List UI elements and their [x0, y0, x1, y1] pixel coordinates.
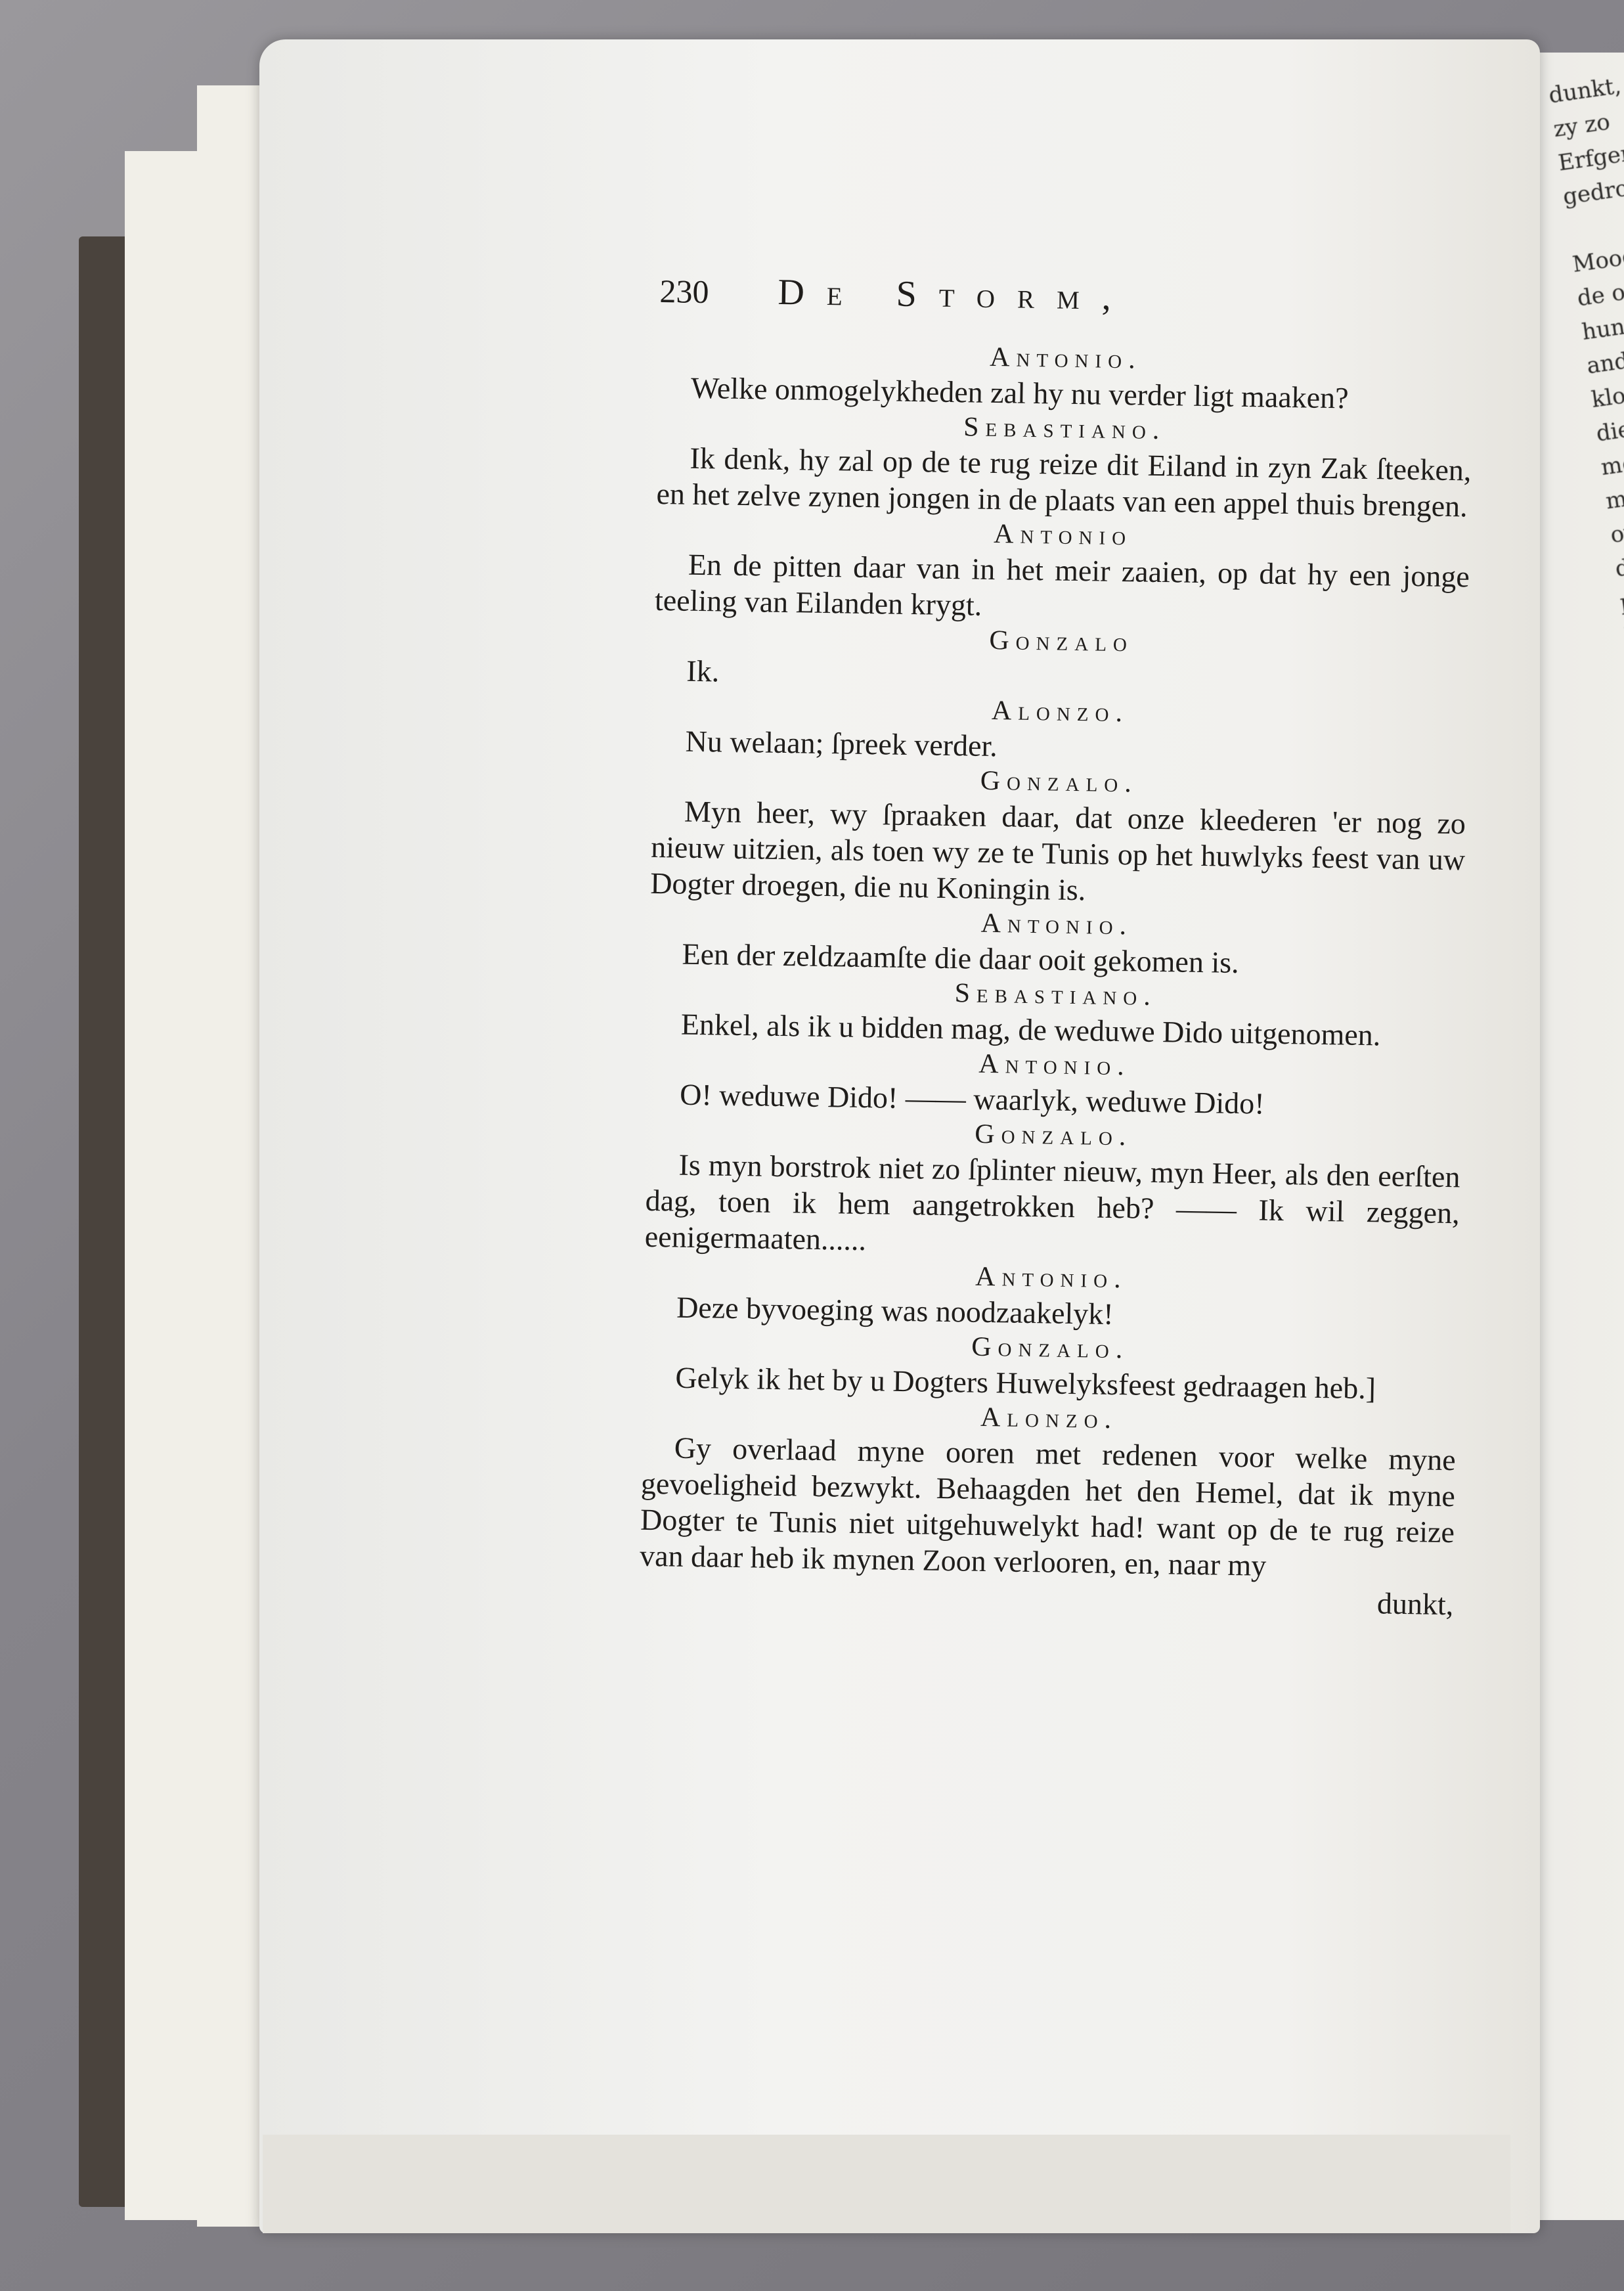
page-text: 230 De Storm, Antonio. Welke onmogelykhe…: [639, 269, 1474, 1622]
page-number: 230: [659, 272, 778, 312]
speech-text: Is myn borstrok niet zo ſplinter nieuw, …: [644, 1146, 1460, 1267]
running-title: De Storm,: [778, 271, 1133, 319]
speech-text: Myn heer, wy ſpraaken daar, dat onze kle…: [650, 793, 1466, 914]
speech-text: Ik denk, hy zal op de te rug reize dit E…: [656, 439, 1472, 524]
speech-text: En de pitten daar van in het meir zaaien…: [655, 546, 1470, 631]
page-bottom-margin: [263, 2135, 1510, 2233]
speech-text: Gy overlaad myne ooren met redenen voor …: [640, 1429, 1456, 1586]
facing-page-text: dunkt, zy zo Erfgena gedrogt Moog de opf…: [1547, 60, 1624, 958]
